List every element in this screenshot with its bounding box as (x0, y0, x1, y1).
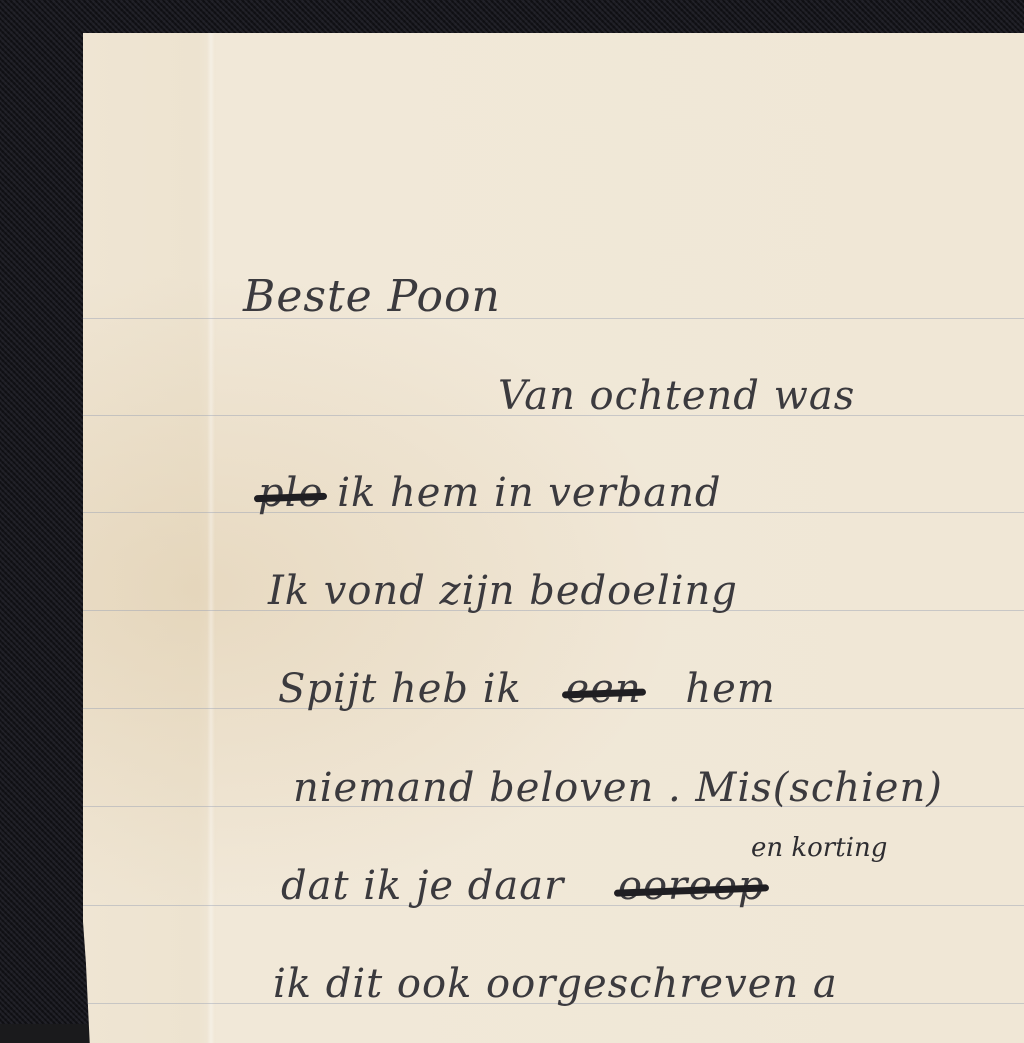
struck-word: een (566, 666, 642, 712)
handwritten-line-4: Spijt heb ik een hem (278, 666, 776, 712)
handwritten-line-7: ik dit ook oorgeschreven a (273, 961, 838, 1007)
line-text-after: hem (685, 666, 775, 712)
line-text-before: Spijt heb ik (278, 666, 522, 712)
handwritten-line-1: Van ochtend was (498, 373, 855, 419)
line-text-before: dat ik je daar (281, 863, 564, 909)
struck-word: plo (258, 470, 323, 516)
handwritten-line-6: dat ik je daar ooreop (281, 863, 765, 909)
handwritten-line-5: niemand beloven . Mis(schien) (293, 765, 943, 811)
line-text: ik hem in verband (337, 470, 721, 516)
handwritten-line-3: Ik vond zijn bedoeling (268, 568, 738, 614)
struck-word: ooreop (618, 863, 765, 909)
inserted-correction: en korting (751, 833, 887, 863)
ruled-line (83, 318, 1024, 319)
letter-page: Beste Poon Van ochtend was plo ik hem in… (83, 33, 1024, 1024)
salutation: Beste Poon (243, 271, 501, 322)
handwritten-line-2: plo ik hem in verband (258, 470, 722, 516)
paper-fold (207, 33, 215, 1024)
